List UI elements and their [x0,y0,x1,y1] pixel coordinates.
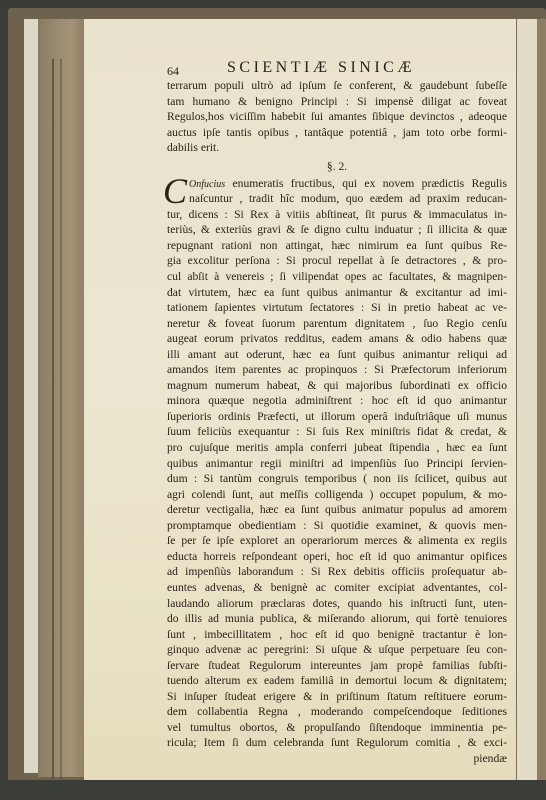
text-line: promptamque obedientiam : Si quotidie ex… [167,518,507,534]
text-line: agri colendi ſunt, aut meſſis colligenda… [167,487,507,503]
running-title: SCIENTIÆ SINICÆ [227,60,415,76]
text-line: ſunt , imbecillitatem , hoc eſt id quo b… [167,627,507,643]
first-word: Onfucius [189,179,225,190]
text-line: illi amant aut oderunt, hæc ea ſunt quib… [167,347,507,363]
text-line: euntes advenas, & benignè ac comiter exc… [167,580,507,596]
section-body: tur, dicens : Si Rex à vitiis abſtineat,… [167,207,507,767]
text-line: terrarum populi ultrò ad ipſum ſe confer… [167,78,507,94]
text-line: Regulos,hos viciſſim habebit ſui amantes… [167,109,507,125]
text-line: augeat eorum privatos redditus, eadem am… [167,331,507,347]
running-header: 64 SCIENTIÆ SINICÆ [167,60,507,78]
text-line: ad impenſiùs laborandum : Si Rex debitis… [167,564,507,580]
text-line: tur, dicens : Si Rex à vitiis abſtineat,… [167,207,507,223]
text-line: cul abſit à venereis ; ſi vilipendat ope… [167,269,507,285]
text-line: Si inſuper ſtudeat erigere & in priſtinu… [167,689,507,705]
text-line: laudando aliorum præclaras dotes, quando… [167,596,507,612]
section-opening: C Onfucius enumeratis fructibus, qui ex … [167,176,507,207]
edge-line [60,59,62,779]
text-line: do illis ad munia publica, & miſerando a… [167,611,507,627]
text-line: gia excolitur perſona : Si procul repell… [167,253,507,269]
text-line: quibus animantur regii miniſtri ad impen… [167,456,507,472]
scan-background-top [0,0,546,8]
section-mark: §. 2. [167,158,507,176]
text-line: ſuperioris ordinis Præfecti, ut illorum … [167,409,507,425]
text-line: amandos item parentes ac propinquos : Si… [167,362,507,378]
text-line: dabilis erit. [167,140,507,156]
text-line: neretur & foveat ſuorum parentum dignita… [167,316,507,332]
text-line: naſcuntur , tradit hîc modum, quo eædem … [167,191,507,207]
edge-line [52,59,54,779]
catchword: piendæ [167,751,507,767]
text-line: magnum numerum habeat, & qui majoribus ſ… [167,378,507,394]
text-line: pro cujuſque meritis ampla conferri jube… [167,440,507,456]
text-line: teriùs, & exteriùs gravi & ſe digno cult… [167,222,507,238]
drop-cap: C [163,176,187,206]
text-line: deretur vectigalia, hæc ea ſunt quibus a… [167,502,507,518]
text-line: dum : Si tantùm congruis temporibus ( no… [167,471,507,487]
text-line: tuendo alterum ex eadem familiâ in demor… [167,673,507,689]
page-stack-edge [38,19,86,777]
text-line: ſuum feliciùs exequantur : Si ſuis Rex m… [167,424,507,440]
text-line: tam humano & benigno Principi : Si impen… [167,94,507,110]
text-line: repugnant rationi non attingat, hæc nimi… [167,238,507,254]
text-line: ſe per ſe ipſe exploret an operariorum m… [167,533,507,549]
text-line: ricula; Item ſi dum celebranda ſunt Regu… [167,735,507,751]
scan-background-bottom [0,780,546,800]
text-line: ginquo advenæ ac peregrini: Si uſque & u… [167,642,507,658]
text-line: auctus ipſe tantis opibus , tantâque pot… [167,125,507,141]
text-line: dat virtutem, hæc ea ſunt quibus animant… [167,285,507,301]
text-line: dem collabentia Regna , moderando compeſ… [167,704,507,720]
gutter-facing-page [516,19,546,780]
page-text-block: 64 SCIENTIÆ SINICÆ terrarum populi ultrò… [167,60,507,767]
text-line: ſervare ſtudeat Regulorum intereuntes ja… [167,658,507,674]
text-line: vel tumultus obortos, & propulſando ſiſt… [167,720,507,736]
text-line: Onfucius enumeratis fructibus, qui ex no… [167,176,507,192]
text-line: minora quæque negotia adminiſtrent : hoc… [167,393,507,409]
book-board-edge [24,19,38,773]
page-number: 64 [167,64,179,80]
text-line: educta horreis reſpondeant operi, hoc eſ… [167,549,507,565]
text-line: tationem ſapientes virtutum ſectatores :… [167,300,507,316]
